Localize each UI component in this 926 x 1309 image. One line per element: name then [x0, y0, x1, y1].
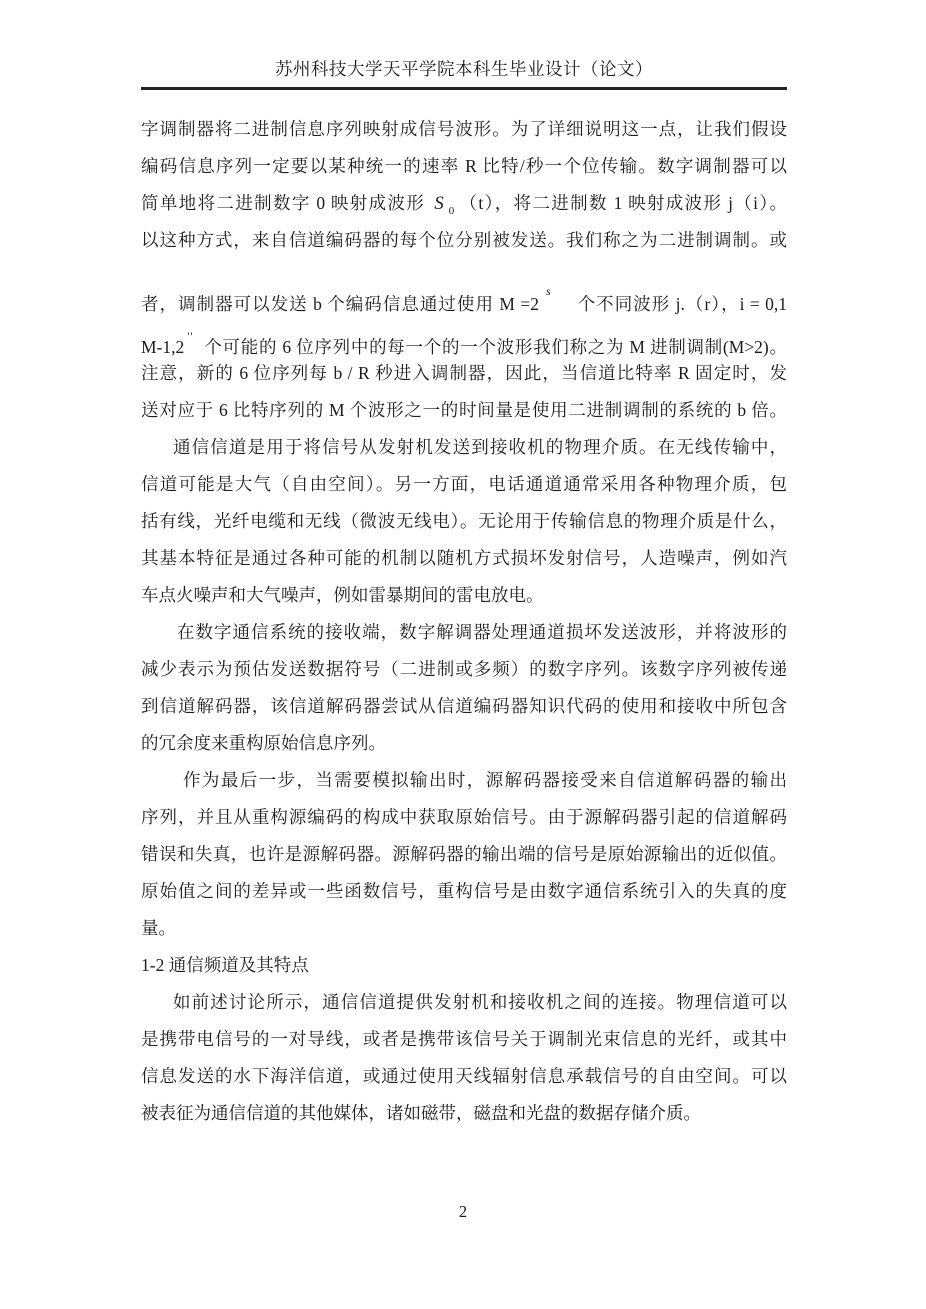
page-header: 苏州科技大学天平学院本科生毕业设计（论文）: [141, 0, 787, 90]
text-run: 以这种方式，来自信道编码器的每个位分别被发送。我们称之为二进制调制。或: [141, 230, 787, 250]
text-run: 通信信道是用于将信号从发射机发送到接收机的物理介质。在无线传输中，: [173, 437, 787, 457]
text-run: 括有线，光纤电缆和无线（微波无线电）。无论用于传输信息的物理介质是什么，: [141, 511, 787, 531]
formula-sup-marks: '': [187, 329, 193, 343]
document-page: 苏州科技大学天平学院本科生毕业设计（论文） 字调制器将二进制信息序列映射成信号波…: [0, 0, 926, 1309]
body-line-7: 注意，新的 6 位序列每 b / R 秒进入调制器，因此，当信道比特率 R 固定…: [141, 355, 787, 392]
text-run: 信息发送的水下海洋信道，或通过使用天线辐射信息承载信号的自由空间。可以: [141, 1066, 787, 1086]
body-line-13: 车点火噪声和大气噪声，例如雷暴期间的雷电放电。: [141, 577, 787, 614]
body-line-11: 括有线，光纤电缆和无线（微波无线电）。无论用于传输信息的物理介质是什么，: [141, 503, 787, 540]
text-run: 原始值之间的差异或一些函数信号，重构信号是由数字通信系统引入的失真的度: [141, 881, 787, 901]
body-line-3: 简单地将二进制数字 0 映射成波形S0（t），将二进制数 1 映射成波形 j（i…: [141, 185, 787, 222]
document-body: 字调制器将二进制信息序列映射成信号波形。为了详细说明这一点，让我们假设编码信息序…: [141, 111, 787, 1132]
body-line-2: 编码信息序列一定要以某种统一的速率 R 比特/秒一个位传输。数字调制器可以: [141, 148, 787, 185]
body-line-18: 作为最后一步，当需要模拟输出时，源解码器接受来自信道解码器的输出: [183, 762, 787, 799]
text-run: 作为最后一步，当需要模拟输出时，源解码器接受来自信道解码器的输出: [183, 770, 787, 790]
text-run: 个可能的 6 位序列中的每一个的一个波形我们称之为 M 进制调制(M>2)。: [204, 337, 787, 357]
text-run: 的冗余度来重构原始信息序列。: [141, 733, 386, 753]
body-line-22: 量。: [141, 910, 787, 947]
body-line-8: 送对应于 6 比特序列的 M 个波形之一的时间量是使用二进制调制的系统的 b 倍…: [141, 392, 787, 429]
page-number: 2: [459, 1202, 467, 1221]
body-line-21: 原始值之间的差异或一些函数信号，重构信号是由数字通信系统引入的失真的度: [141, 873, 787, 910]
text-run: 其基本特征是通过各种可能的机制以随机方式损坏发射信号，人造噪声，例如汽: [141, 548, 787, 568]
text-run: 序列，并且从重构源编码的构成中获取原始信号。由于源解码器引起的信道解码: [141, 807, 787, 827]
formula-sup-italic: s: [546, 284, 551, 298]
body-line-4: 以这种方式，来自信道编码器的每个位分别被发送。我们称之为二进制调制。或: [141, 222, 787, 259]
body-line-10: 信道可能是大气（自由空间）。另一方面，电话通道通常采用各种物理介质，包: [141, 466, 787, 503]
text-run: 量。: [141, 918, 176, 938]
header-title: 苏州科技大学天平学院本科生毕业设计（论文）: [141, 0, 787, 90]
body-line-1: 字调制器将二进制信息序列映射成信号波形。为了详细说明这一点，让我们假设: [141, 111, 787, 148]
body-line-19: 序列，并且从重构源编码的构成中获取原始信号。由于源解码器引起的信道解码: [141, 799, 787, 836]
body-line-6: M-1,2''个可能的 6 位序列中的每一个的一个波形我们称之为 M 进制调制(…: [141, 318, 787, 355]
body-line-25: 是携带电信号的一对导线，或者是携带该信号关于调制光束信息的光纤，或其中: [141, 1021, 787, 1058]
body-line-14: 在数字通信系统的接收端，数字解调器处理通道损坏发送波形，并将波形的: [177, 614, 787, 651]
text-run: （t），将二进制数 1 映射成波形 j（i）。: [458, 193, 787, 213]
body-line-26: 信息发送的水下海洋信道，或通过使用天线辐射信息承载信号的自由空间。可以: [141, 1058, 787, 1095]
body-line-17: 的冗余度来重构原始信息序列。: [141, 725, 787, 762]
body-line-9: 通信信道是用于将信号从发射机发送到接收机的物理介质。在无线传输中，: [173, 429, 787, 466]
text-run: 1-2 通信频道及其特点: [141, 955, 309, 975]
text-run: 在数字通信系统的接收端，数字解调器处理通道损坏发送波形，并将波形的: [177, 622, 787, 642]
text-run: 车点火噪声和大气噪声，例如雷暴期间的雷电放电。: [141, 585, 544, 605]
body-line-16: 到信道解码器，该信道解码器尝试从信道编码器知识代码的使用和接收中所包含: [141, 688, 787, 725]
text-run: 者，调制器可以发送 b 个编码信息通过使用 M =2: [141, 294, 539, 314]
text-run: 错误和失真，也许是源解码器。源解码器的输出端的信号是原始源输出的近似值。: [141, 844, 787, 864]
text-run: 编码信息序列一定要以某种统一的速率 R 比特/秒一个位传输。数字调制器可以: [141, 156, 787, 176]
text-run: 字调制器将二进制信息序列映射成信号波形。为了详细说明这一点，让我们假设: [141, 119, 787, 139]
body-line-5: 者，调制器可以发送 b 个编码信息通过使用 M =2s个不同波形 j.（r），i…: [141, 273, 787, 310]
text-run: 注意，新的 6 位序列每 b / R 秒进入调制器，因此，当信道比特率 R 固定…: [141, 363, 787, 383]
text-run: 减少表示为预估发送数据符号（二进制或多频）的数字序列。该数字序列被传递: [141, 659, 787, 679]
text-run: 被表征为通信信道的其他媒体，诸如磁带，磁盘和光盘的数据存储介质。: [141, 1103, 701, 1123]
text-run: M-1,2: [141, 337, 184, 357]
text-run: 简单地将二进制数字 0 映射成波形: [141, 193, 425, 213]
page-footer: 2: [0, 1201, 926, 1223]
text-run: 信道可能是大气（自由空间）。另一方面，电话通道通常采用各种物理介质，包: [141, 474, 787, 494]
body-line-27: 被表征为通信信道的其他媒体，诸如磁带，磁盘和光盘的数据存储介质。: [141, 1095, 787, 1132]
text-run: 送对应于 6 比特序列的 M 个波形之一的时间量是使用二进制调制的系统的 b 倍…: [141, 400, 787, 420]
formula-subscript: 0: [449, 205, 455, 217]
body-line-20: 错误和失真，也许是源解码器。源解码器的输出端的信号是原始源输出的近似值。: [141, 836, 787, 873]
formula-var-italic: S: [434, 193, 444, 214]
body-line-15: 减少表示为预估发送数据符号（二进制或多频）的数字序列。该数字序列被传递: [141, 651, 787, 688]
body-line-12: 其基本特征是通过各种可能的机制以随机方式损坏发射信号，人造噪声，例如汽: [141, 540, 787, 577]
text-run: 个不同波形 j.（r），i = 0,1: [577, 294, 787, 314]
text-run: 到信道解码器，该信道解码器尝试从信道编码器知识代码的使用和接收中所包含: [141, 696, 787, 716]
text-run: 是携带电信号的一对导线，或者是携带该信号关于调制光束信息的光纤，或其中: [141, 1029, 787, 1049]
text-run: 如前述讨论所示，通信信道提供发射机和接收机之间的连接。物理信道可以: [173, 992, 787, 1012]
body-line-24: 如前述讨论所示，通信信道提供发射机和接收机之间的连接。物理信道可以: [173, 984, 787, 1021]
body-line-23: 1-2 通信频道及其特点: [141, 947, 787, 984]
